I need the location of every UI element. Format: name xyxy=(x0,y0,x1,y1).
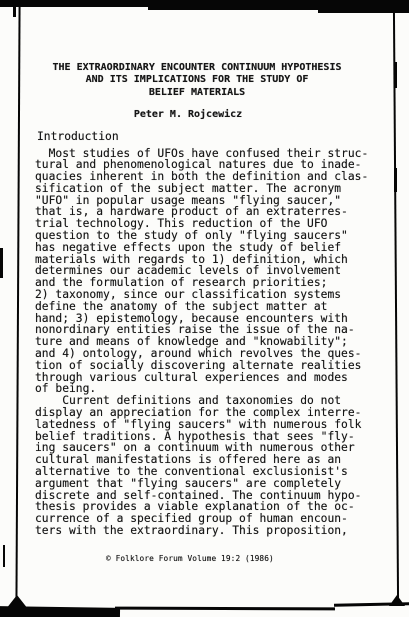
paper-author: Peter M. Rojcewicz xyxy=(18,109,358,121)
scan-artifact-left-blob xyxy=(0,248,3,278)
section-heading-introduction: Introduction xyxy=(37,131,119,143)
scanned-paper-page: THE EXTRAORDINARY ENCOUNTER CONTINUUM HY… xyxy=(0,0,409,617)
scan-artifact-right-blob xyxy=(394,168,397,192)
scan-artifact-bottom-bar xyxy=(0,606,120,617)
scan-artifact-left-lower-tick xyxy=(3,545,5,567)
scan-artifact-left-edge-line xyxy=(15,6,20,604)
scan-artifact-right-blob xyxy=(394,62,397,88)
scan-artifact-top-tick xyxy=(13,0,16,17)
scan-artifact-right-edge-line xyxy=(393,6,399,604)
scan-artifact-top-bar-right xyxy=(318,0,409,13)
paper-title: THE EXTRAORDINARY ENCOUNTER CONTINUUM HY… xyxy=(27,62,367,99)
journal-copyright-footer: © Folklore Forum Volume 19:2 (1986) xyxy=(106,554,274,563)
paper-body-text: Most studies of UFOs have confused their… xyxy=(35,148,368,537)
scan-artifact-bottom-line xyxy=(115,606,335,610)
